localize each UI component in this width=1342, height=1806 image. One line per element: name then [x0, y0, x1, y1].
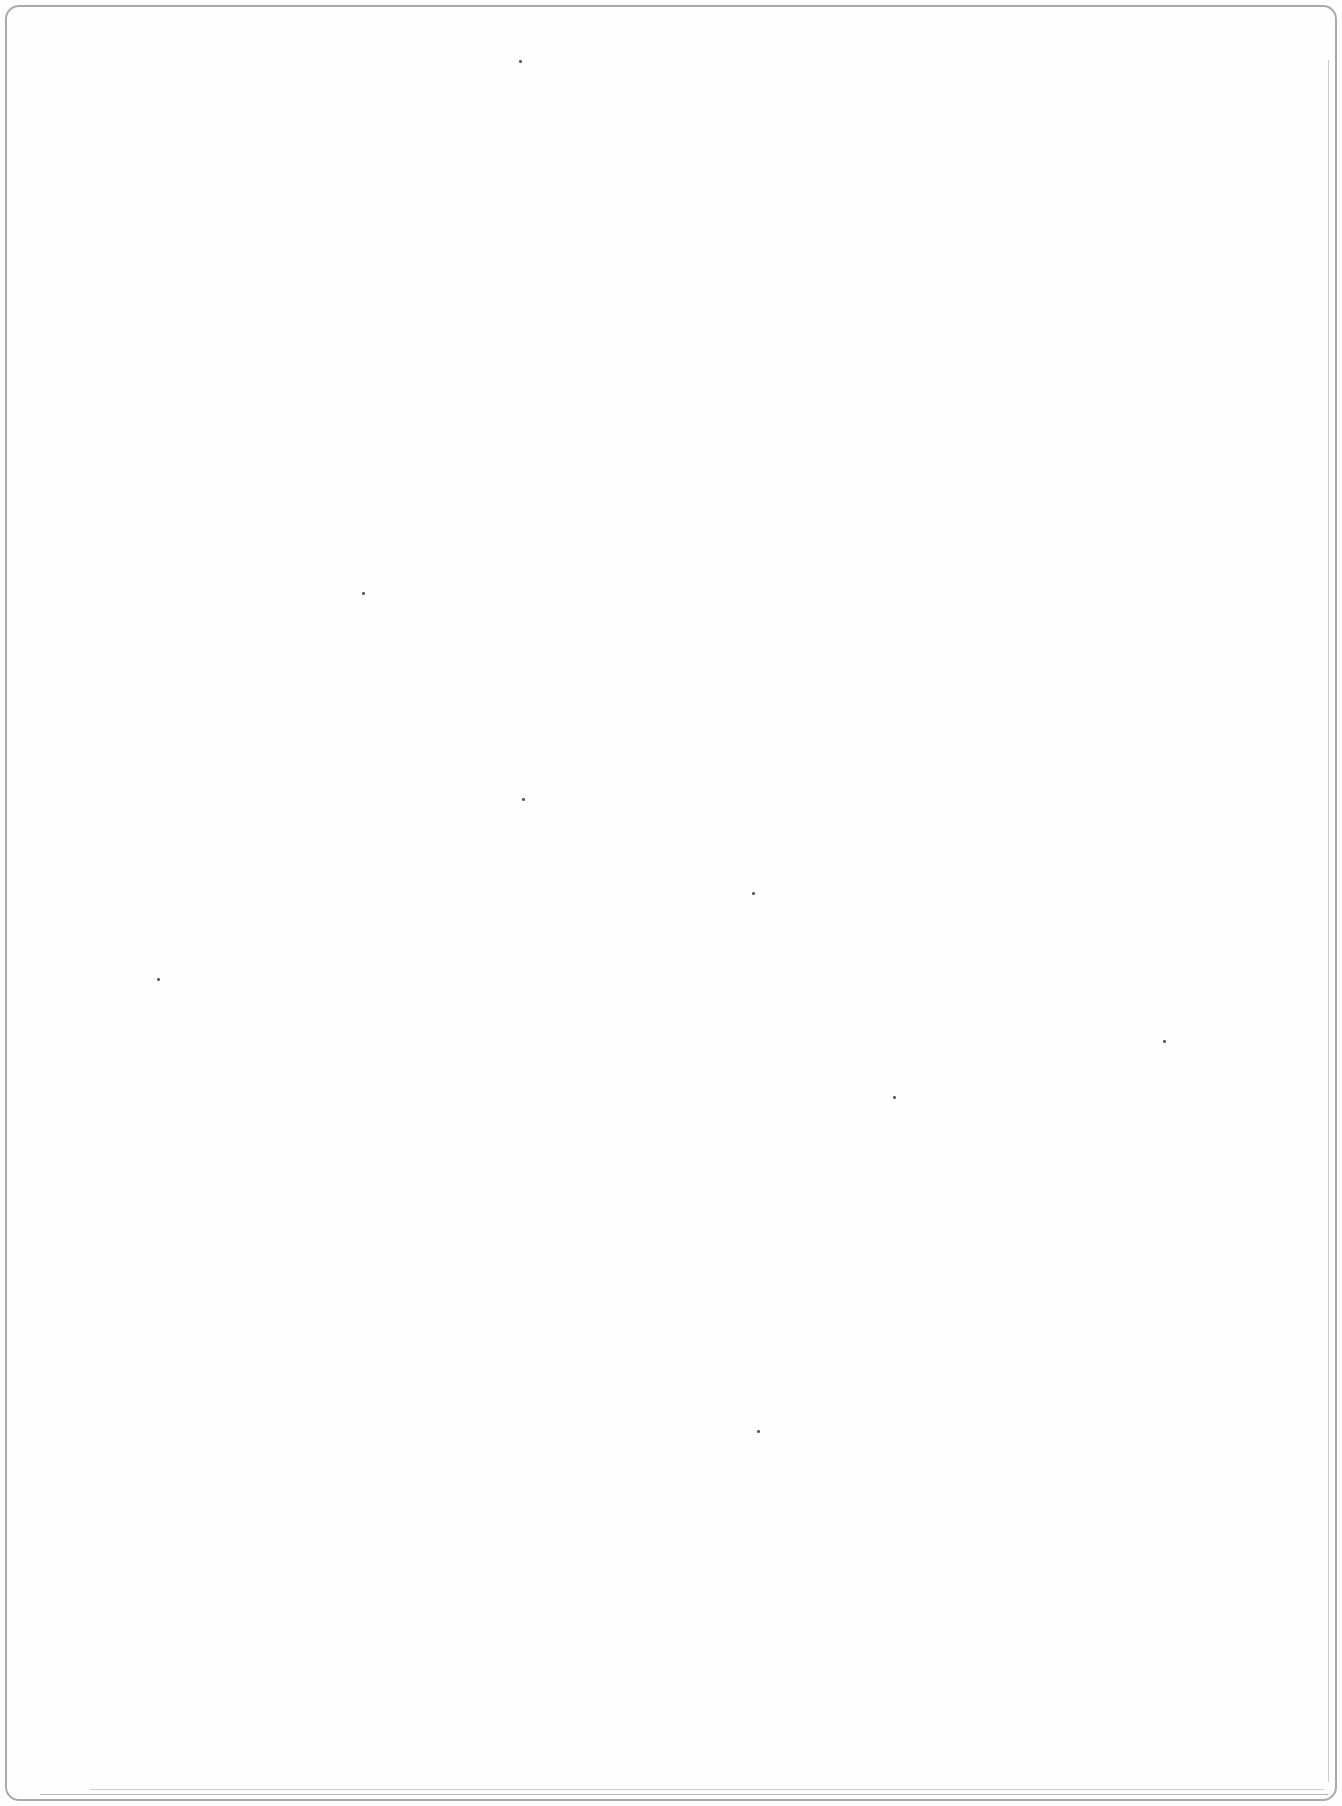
- page-edge-line: [40, 1794, 1328, 1795]
- scan-speck: [1163, 1040, 1166, 1043]
- scan-speck: [362, 592, 365, 595]
- page-edge-line: [1328, 60, 1329, 1782]
- scan-speck: [752, 892, 755, 895]
- scan-speck: [893, 1096, 896, 1099]
- page-edge-frame: [5, 5, 1337, 1801]
- scan-speck: [157, 978, 160, 981]
- scan-speck: [522, 798, 525, 801]
- page-edge-line: [90, 1789, 1324, 1790]
- scan-speck: [757, 1430, 760, 1433]
- page-footer: [690, 1592, 750, 1636]
- scanned-book-page: [0, 0, 1342, 1806]
- scan-speck: [519, 60, 522, 63]
